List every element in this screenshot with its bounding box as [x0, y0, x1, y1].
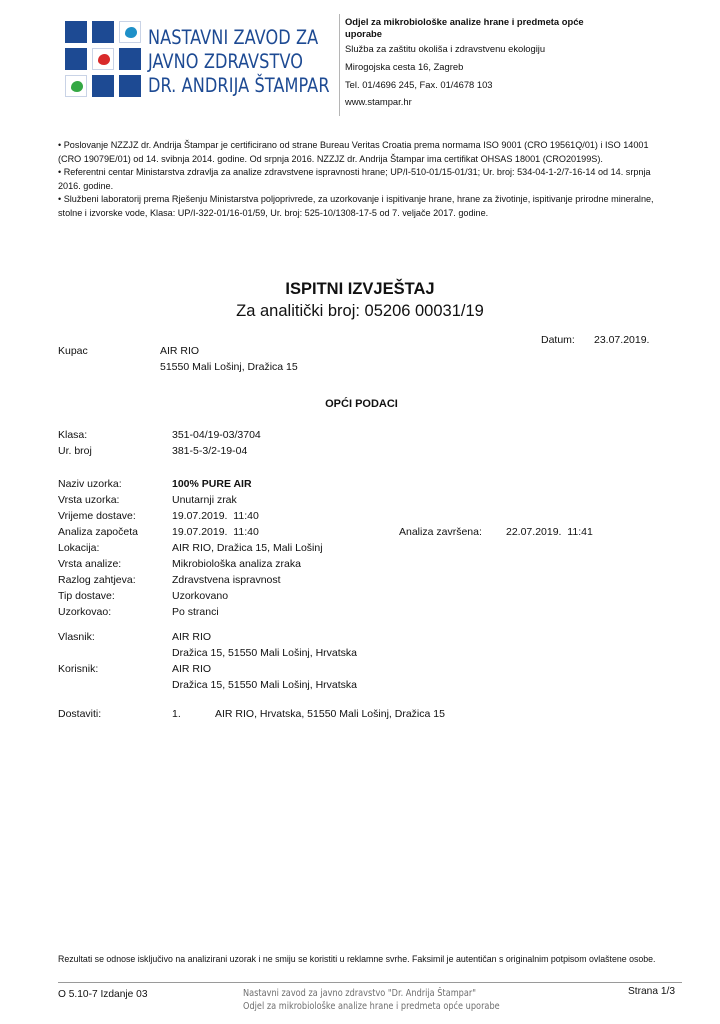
service-name: Služba za zaštitu okoliša i zdravstvenu … — [345, 43, 605, 55]
certification-item: • Referentni centar Ministarstva zdravlj… — [58, 166, 673, 193]
logo-square — [65, 21, 87, 43]
deliver-number: 1. — [172, 706, 181, 722]
website-link[interactable]: www.stampar.hr — [345, 96, 605, 108]
footer-disclaimer: Rezultati se odnose isključivo na analiz… — [58, 953, 683, 965]
customer-label: Kupac — [58, 343, 88, 359]
field-label: Vrijeme dostave: — [58, 508, 136, 524]
certification-item: • Poslovanje NZZJZ dr. Andrija Štampar j… — [58, 139, 673, 166]
field-label: Analiza započeta — [58, 524, 138, 540]
logo-cell-blue — [119, 21, 141, 43]
footer-org-line: Nastavni zavod za javno zdravstvo "Dr. A… — [243, 988, 500, 1001]
deliver-label: Dostaviti: — [58, 706, 101, 722]
analysis-finished-label: Analiza završena: — [399, 524, 482, 540]
certification-item: • Službeni laboratorij prema Rješenju Mi… — [58, 193, 673, 220]
customer-name: AIR RIO — [160, 343, 199, 359]
deliver-value: AIR RIO, Hrvatska, 51550 Mali Lošinj, Dr… — [215, 706, 445, 722]
footer-organization: Nastavni zavod za javno zdravstvo "Dr. A… — [243, 988, 500, 1013]
green-blob-icon — [71, 81, 83, 92]
klasa-label: Klasa: — [58, 427, 87, 443]
field-value: 19.07.2019. 11:40 — [172, 508, 259, 524]
footer-divider — [58, 982, 682, 983]
field-label: Lokacija: — [58, 540, 99, 556]
field-value: 19.07.2019. 11:40 — [172, 524, 259, 540]
report-title: ISPITNI IZVJEŠTAJ — [0, 280, 720, 299]
institute-name: NASTAVNI ZAVOD ZA JAVNO ZDRAVSTVO DR. AN… — [148, 26, 330, 98]
date-value: 23.07.2019. — [594, 332, 649, 348]
analysis-finished-value: 22.07.2019. 11:41 — [506, 524, 593, 540]
user-label: Korisnik: — [58, 661, 98, 677]
logo-square — [92, 75, 114, 97]
customer-address: 51550 Mali Lošinj, Dražica 15 — [160, 359, 298, 375]
field-value: Mikrobiološka analiza zraka — [172, 556, 301, 572]
field-label: Tip dostave: — [58, 588, 115, 604]
user-name: AIR RIO — [172, 661, 211, 677]
field-value: 100% PURE AIR — [172, 476, 252, 492]
page-number: Strana 1/3 — [628, 986, 675, 997]
red-blob-icon — [98, 54, 110, 65]
field-value: Zdravstvena ispravnost — [172, 572, 281, 588]
owner-name: AIR RIO — [172, 629, 211, 645]
logo-cell-green — [65, 75, 87, 97]
field-value: Uzorkovano — [172, 588, 228, 604]
department-name: Odjel za mikrobiološke analize hrane i p… — [345, 16, 605, 39]
logo-square — [65, 48, 87, 70]
field-value: Po stranci — [172, 604, 219, 620]
form-code: O 5.10-7 Izdanje 03 — [58, 989, 147, 1000]
field-label: Vrsta uzorka: — [58, 492, 119, 508]
address: Mirogojska cesta 16, Zagreb — [345, 61, 605, 73]
date-label: Datum: — [541, 332, 575, 348]
institute-name-line: NASTAVNI ZAVOD ZA — [148, 26, 330, 50]
institute-name-line: JAVNO ZDRAVSTVO — [148, 50, 330, 74]
report-subtitle: Za analitički broj: 05206 00031/19 — [0, 302, 720, 321]
urbroj-value: 381-5-3/2-19-04 — [172, 443, 247, 459]
blue-blob-icon — [125, 27, 137, 38]
field-label: Uzorkovao: — [58, 604, 111, 620]
institute-logo-grid-icon — [65, 21, 141, 97]
user-address: Dražica 15, 51550 Mali Lošinj, Hrvatska — [172, 677, 357, 693]
field-value: AIR RIO, Dražica 15, Mali Lošinj — [172, 540, 323, 556]
section-title-general: OPĆI PODACI — [0, 398, 720, 410]
field-label: Razlog zahtjeva: — [58, 572, 136, 588]
urbroj-label: Ur. broj — [58, 443, 92, 459]
owner-label: Vlasnik: — [58, 629, 95, 645]
footer-org-line: Odjel za mikrobiološke analize hrane i p… — [243, 1001, 500, 1014]
phone-fax: Tel. 01/4696 245, Fax. 01/4678 103 — [345, 79, 605, 91]
header-divider — [339, 14, 340, 116]
institute-name-line: DR. ANDRIJA ŠTAMPAR — [148, 74, 330, 98]
owner-address: Dražica 15, 51550 Mali Lošinj, Hrvatska — [172, 645, 357, 661]
certifications-list: • Poslovanje NZZJZ dr. Andrija Štampar j… — [58, 139, 673, 220]
field-label: Naziv uzorka: — [58, 476, 122, 492]
logo-square — [119, 48, 141, 70]
logo-square — [92, 21, 114, 43]
field-value: Unutarnji zrak — [172, 492, 237, 508]
logo-square — [119, 75, 141, 97]
field-label: Vrsta analize: — [58, 556, 121, 572]
header-contact-info: Odjel za mikrobiološke analize hrane i p… — [345, 16, 605, 108]
logo-cell-red — [92, 48, 114, 70]
klasa-value: 351-04/19-03/3704 — [172, 427, 261, 443]
